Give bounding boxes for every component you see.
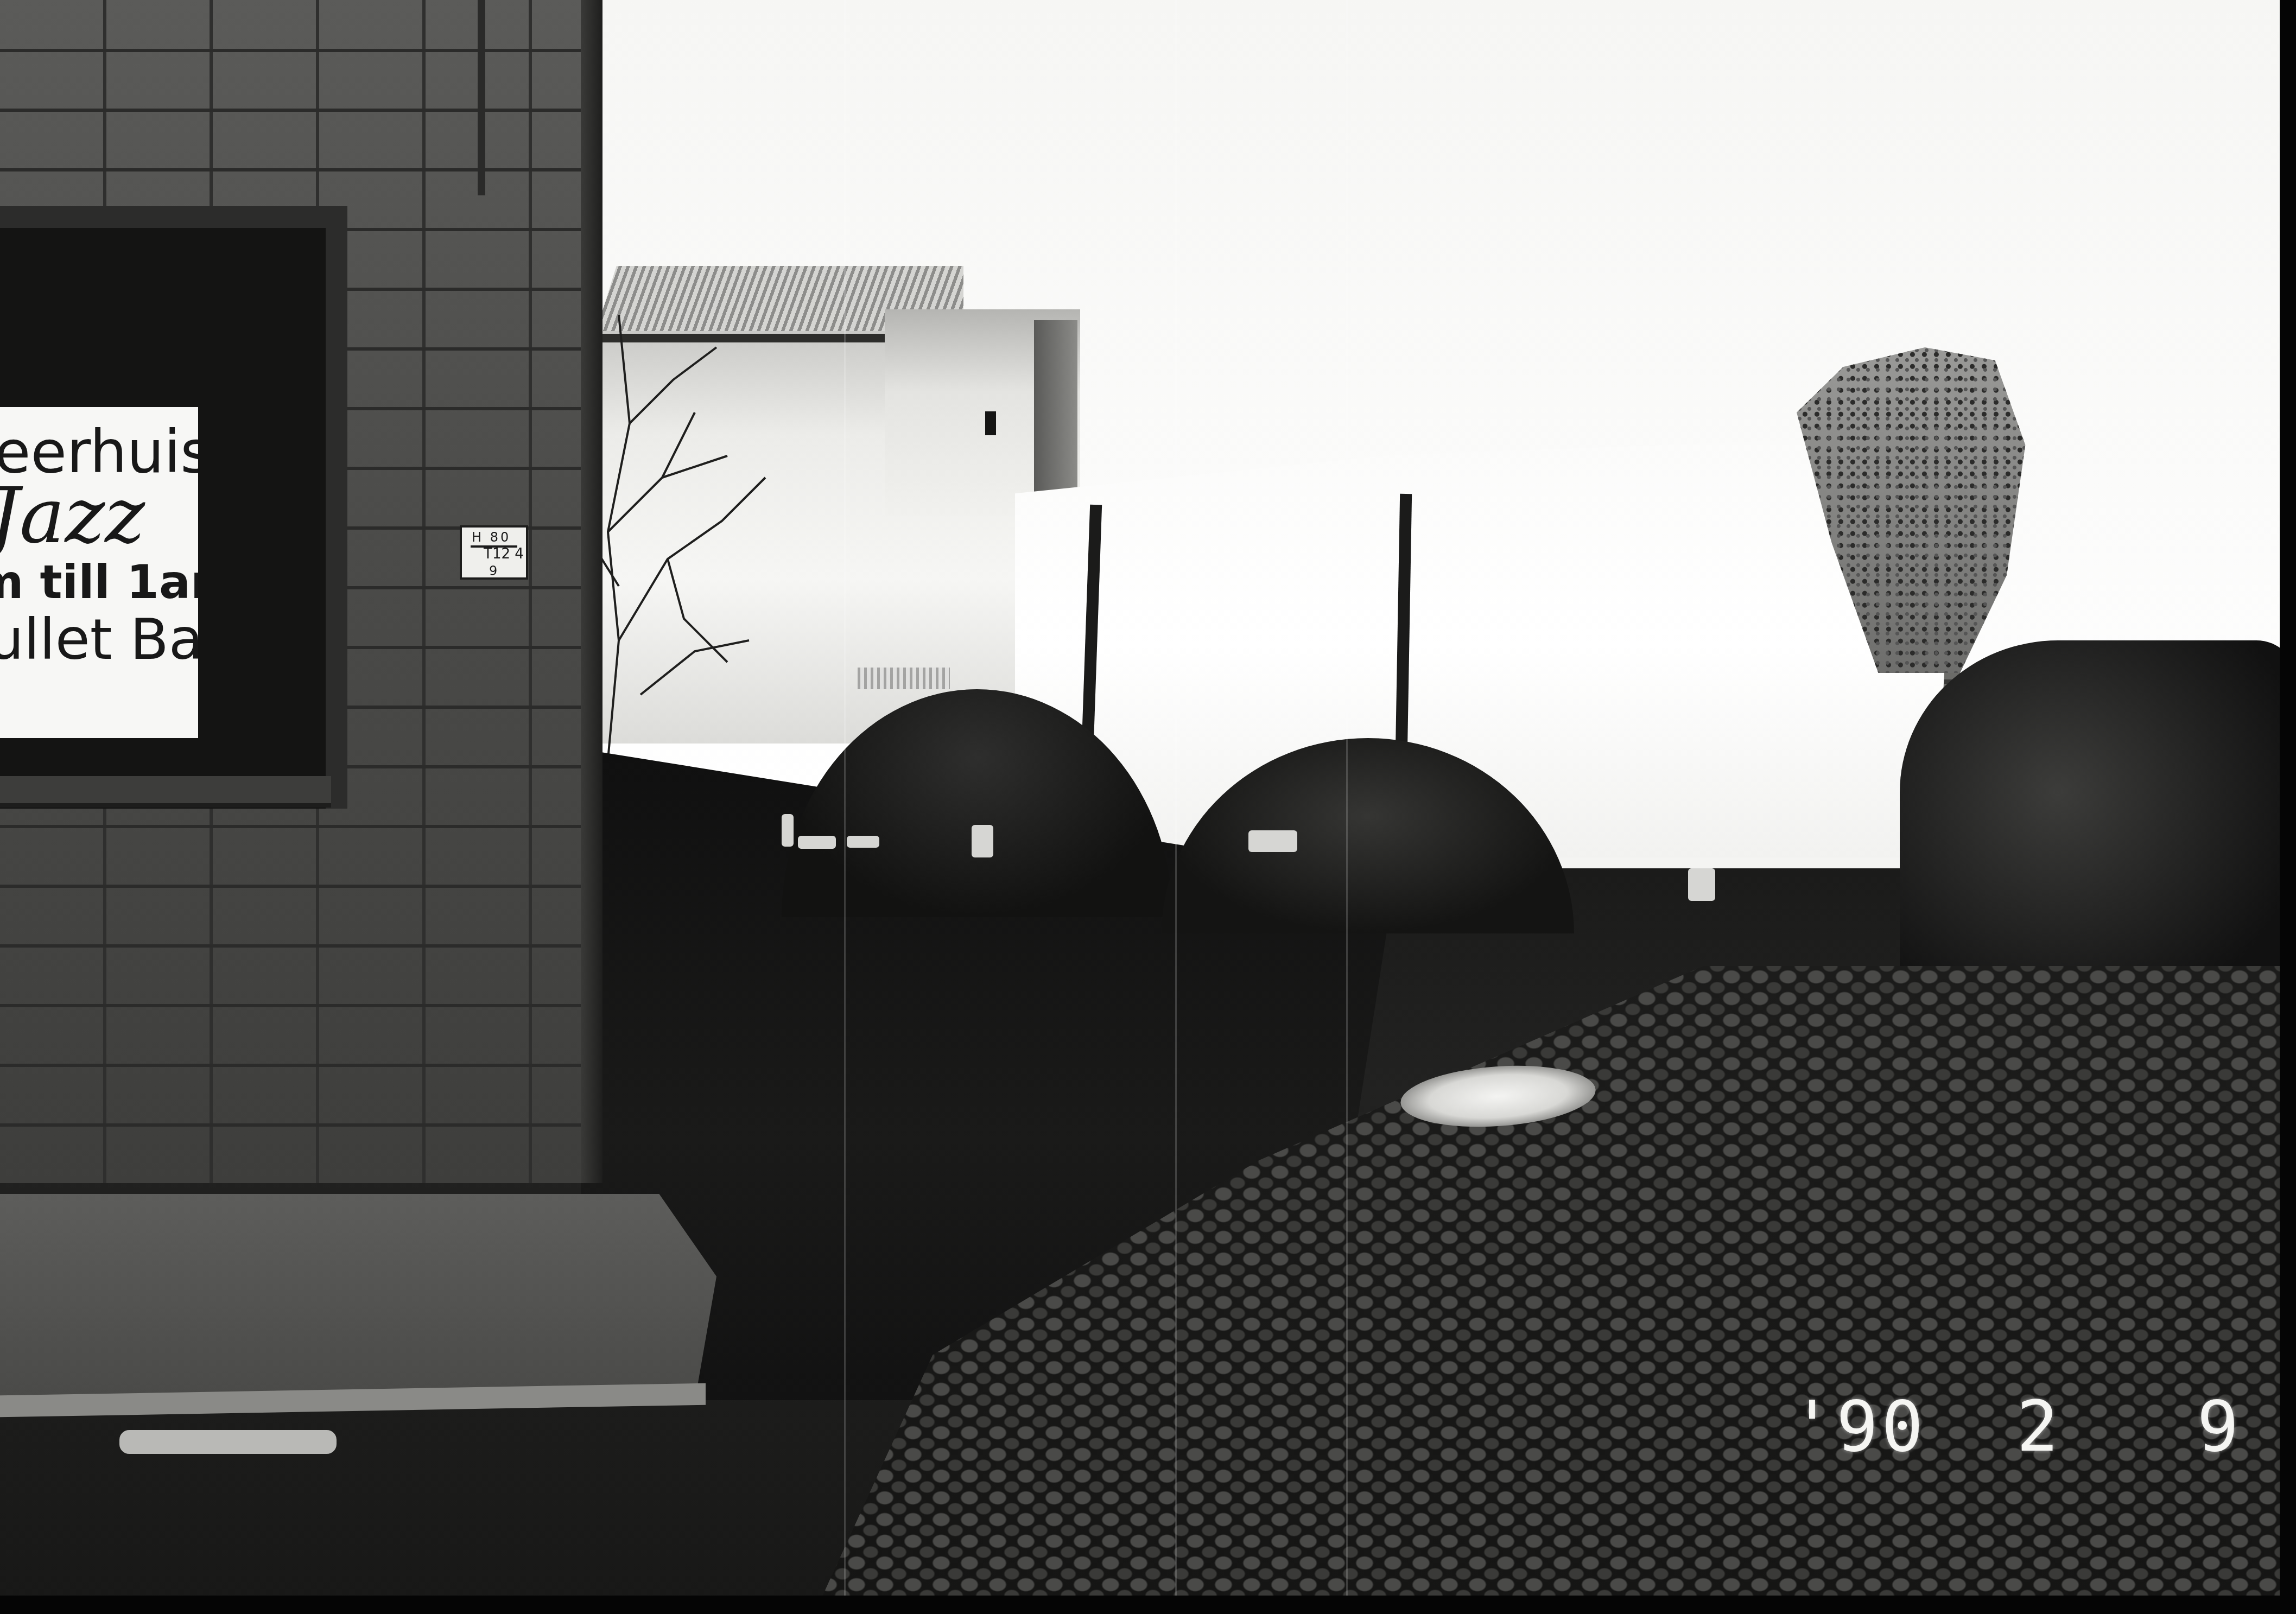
jazz-poster: eerhuis Jazz m till 1am ullet Band [0, 407, 198, 738]
plate-middle-text: T12 4 [484, 546, 524, 562]
plate-bottom-text: 9 [489, 563, 497, 579]
film-border [2280, 0, 2296, 1614]
film-scratch [844, 0, 846, 1614]
plate-top-text: H 80 [472, 530, 511, 545]
factory-tower-side [1034, 320, 1077, 516]
factory-vent [858, 668, 950, 689]
date-stamp: '90 2 9 [1791, 1387, 2242, 1468]
debris [972, 825, 993, 857]
discarded-pipe [119, 1430, 337, 1454]
poster-title: Jazz [0, 479, 198, 555]
building-corner [581, 0, 602, 1183]
hydrant-marker-plate: H 80 T12 4 9 [460, 525, 528, 580]
debris [1248, 830, 1297, 852]
poster-hours: m till 1am [0, 559, 198, 606]
downpipe [478, 0, 485, 195]
film-border [0, 1596, 2296, 1614]
debris [782, 814, 794, 847]
film-scratch [1175, 0, 1177, 1614]
photograph: eerhuis Jazz m till 1am ullet Band H 80 … [0, 0, 2296, 1614]
poster-band: ullet Band [0, 611, 198, 668]
sidewalk-slab [0, 1194, 716, 1400]
window-sill [0, 776, 331, 808]
brush-pile [1900, 640, 2296, 1020]
debris [847, 836, 879, 848]
debris [798, 836, 836, 849]
factory-window [985, 411, 996, 435]
debris [1688, 868, 1715, 901]
film-scratch [1346, 0, 1348, 1614]
bare-tree [586, 315, 776, 760]
